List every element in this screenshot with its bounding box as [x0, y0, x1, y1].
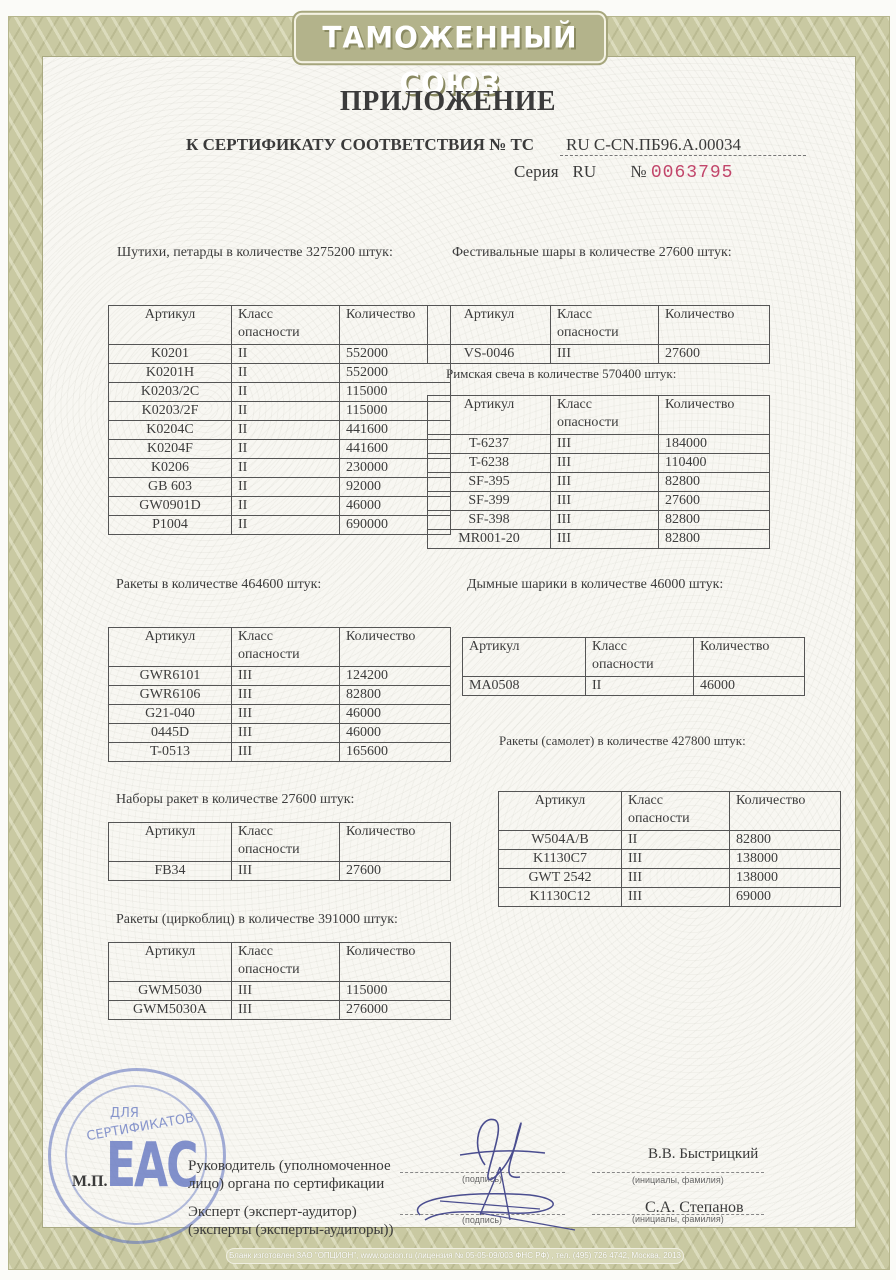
column-header: Артикул [109, 823, 232, 862]
article-cell: GWM5030 [109, 982, 232, 1001]
stamp-place-label: М.П. [72, 1173, 108, 1191]
column-header: Артикул [109, 628, 232, 667]
hazard-class-cell: II [232, 459, 340, 478]
certificate-number: RU C-CN.ПБ96.А.00034 [560, 135, 806, 156]
series-value: RU [573, 162, 597, 181]
column-header: Классопасности [551, 396, 659, 435]
article-cell: K0201 [109, 345, 232, 364]
article-cell: SF-398 [428, 511, 551, 530]
table-row: VS-0046III27600 [428, 345, 770, 364]
expert-role: Эксперт (эксперт-аудитор) (эксперты (экс… [188, 1203, 394, 1239]
hazard-class-cell: III [551, 530, 659, 549]
table-header-row: АртикулКлассопасностиКоличество [109, 943, 451, 982]
table-row: SF-398III82800 [428, 511, 770, 530]
table-row: K1130C12III69000 [499, 888, 841, 907]
article-cell: MA0508 [463, 677, 586, 696]
quantity-cell: 276000 [340, 1001, 451, 1020]
article-cell: GW0901D [109, 497, 232, 516]
hazard-class-cell: III [232, 743, 340, 762]
table-row: FB34III27600 [109, 862, 451, 881]
table-row: G21-040III46000 [109, 705, 451, 724]
table-header-row: АртикулКлассопасностиКоличество [109, 628, 451, 667]
quantity-cell: 46000 [340, 724, 451, 743]
hazard-class-cell: II [232, 364, 340, 383]
serial-number: 0063795 [651, 163, 734, 183]
hazard-class-cell: III [551, 473, 659, 492]
hazard-class-cell: II [232, 478, 340, 497]
article-cell: W504A/B [499, 831, 622, 850]
caption-festival-balls: Фестивальные шары в количестве 27600 шту… [452, 245, 732, 261]
article-cell: GWT 2542 [499, 869, 622, 888]
table-row: K0206II230000 [109, 459, 451, 478]
head-name-line [592, 1172, 764, 1173]
hazard-class-cell: II [586, 677, 694, 696]
table-row: K0201II552000 [109, 345, 451, 364]
table-smoke-balls: АртикулКлассопасностиКоличествоMA0508II4… [462, 637, 805, 696]
caption-roman-candle: Римская свеча в количестве 570400 штук: [446, 366, 676, 382]
quantity-cell: 46000 [694, 677, 805, 696]
signature-icon [400, 1105, 600, 1235]
table-row: SF-399III27600 [428, 492, 770, 511]
article-cell: K0206 [109, 459, 232, 478]
head-role-line2: лицо) органа по сертификации [188, 1175, 391, 1193]
quantity-cell: 46000 [340, 705, 451, 724]
column-header: Классопасности [232, 943, 340, 982]
table-row: 0445DIII46000 [109, 724, 451, 743]
quantity-cell: 184000 [659, 435, 770, 454]
article-cell: G21-040 [109, 705, 232, 724]
table-row: T-6238III110400 [428, 454, 770, 473]
table-row: SF-395III82800 [428, 473, 770, 492]
article-cell: K0204F [109, 440, 232, 459]
series-label: Серия [514, 162, 559, 182]
table-roman-candle: АртикулКлассопасностиКоличествоT-6237III… [427, 395, 770, 549]
article-cell: SF-399 [428, 492, 551, 511]
table-row: T-0513III165600 [109, 743, 451, 762]
column-header: Артикул [109, 943, 232, 982]
column-header: Артикул [428, 396, 551, 435]
column-header: Артикул [428, 306, 551, 345]
caption-smoke-balls: Дымные шарики в количестве 46000 штук: [467, 577, 723, 593]
expert-role-line1: Эксперт (эксперт-аудитор) [188, 1203, 394, 1221]
column-header: Классопасности [622, 792, 730, 831]
table-header-row: АртикулКлассопасностиКоличество [428, 396, 770, 435]
hazard-class-cell: III [551, 511, 659, 530]
hazard-class-cell: III [232, 667, 340, 686]
eac-mark-icon: ЕАС [106, 1130, 196, 1201]
hazard-class-cell: II [232, 383, 340, 402]
hazard-class-cell: III [622, 869, 730, 888]
form-manufacturer-footer: Бланк изготовлен ЗАО "ОПЦИОН", www.opcio… [226, 1248, 684, 1264]
table-header-row: АртикулКлассопасностиКоличество [499, 792, 841, 831]
article-cell: T-6238 [428, 454, 551, 473]
hazard-class-cell: III [622, 888, 730, 907]
column-header: Артикул [463, 638, 586, 677]
table-row: K0204CII441600 [109, 421, 451, 440]
table-header-row: АртикулКлассопасностиКоличество [463, 638, 805, 677]
column-header: Количество [340, 943, 451, 982]
hazard-class-cell: III [232, 724, 340, 743]
table-firecrackers: АртикулКлассопасностиКоличествоK0201II55… [108, 305, 451, 535]
table-row: K0203/2CII115000 [109, 383, 451, 402]
stamp-text-top: ДЛЯ [110, 1106, 139, 1121]
column-header: Классопасности [586, 638, 694, 677]
column-header: Классопасности [232, 628, 340, 667]
head-name: В.В. Быстрицкий [648, 1146, 758, 1163]
hazard-class-cell: III [232, 1001, 340, 1020]
article-cell: GWR6101 [109, 667, 232, 686]
table-row: K0204FII441600 [109, 440, 451, 459]
table-row: GWM5030AIII276000 [109, 1001, 451, 1020]
quantity-cell: 115000 [340, 982, 451, 1001]
page-title: ПРИЛОЖЕНИЕ [0, 86, 896, 118]
quantity-cell: 27600 [340, 862, 451, 881]
table-row: GWR6101III124200 [109, 667, 451, 686]
column-header: Количество [659, 396, 770, 435]
table-row: GWR6106III82800 [109, 686, 451, 705]
head-role: Руководитель (уполномоченное лицо) орган… [188, 1157, 391, 1193]
quantity-cell: 82800 [659, 530, 770, 549]
table-rockets-plane: АртикулКлассопасностиКоличествоW504A/BII… [498, 791, 841, 907]
hazard-class-cell: III [622, 850, 730, 869]
table-row: MA0508II46000 [463, 677, 805, 696]
table-header-row: АртикулКлассопасностиКоличество [109, 306, 451, 345]
column-header: Количество [694, 638, 805, 677]
table-row: K0203/2FII115000 [109, 402, 451, 421]
quantity-cell: 124200 [340, 667, 451, 686]
article-cell: K0204C [109, 421, 232, 440]
article-cell: MR001-20 [428, 530, 551, 549]
hazard-class-cell: II [232, 497, 340, 516]
certificate-label: К СЕРТИФИКАТУ СООТВЕТСТВИЯ № ТС [186, 135, 534, 155]
hazard-class-cell: II [232, 440, 340, 459]
head-role-line1: Руководитель (уполномоченное [188, 1157, 391, 1175]
column-header: Классопасности [232, 823, 340, 862]
article-cell: K0201H [109, 364, 232, 383]
article-cell: K1130C12 [499, 888, 622, 907]
article-cell: GWM5030A [109, 1001, 232, 1020]
column-header: Артикул [109, 306, 232, 345]
quantity-cell: 165600 [340, 743, 451, 762]
table-row: MR001-20III82800 [428, 530, 770, 549]
hazard-class-cell: III [551, 435, 659, 454]
column-header: Артикул [499, 792, 622, 831]
article-cell: 0445D [109, 724, 232, 743]
hazard-class-cell: II [232, 516, 340, 535]
quantity-cell: 82800 [659, 511, 770, 530]
table-rockets: АртикулКлассопасностиКоличествоGWR6101II… [108, 627, 451, 762]
table-row: GWM5030III115000 [109, 982, 451, 1001]
hazard-class-cell: III [551, 345, 659, 364]
series-line: СерияRU № 0063795 [514, 162, 734, 183]
article-cell: T-6237 [428, 435, 551, 454]
table-header-row: АртикулКлассопасностиКоличество [428, 306, 770, 345]
table-row: GWT 2542III138000 [499, 869, 841, 888]
column-header: Количество [340, 628, 451, 667]
quantity-cell: 110400 [659, 454, 770, 473]
article-cell: FB34 [109, 862, 232, 881]
table-rocket-sets: АртикулКлассопасностиКоличествоFB34III27… [108, 822, 451, 881]
article-cell: GWR6106 [109, 686, 232, 705]
article-cell: VS-0046 [428, 345, 551, 364]
expert-role-line2: (эксперты (эксперты-аудиторы)) [188, 1221, 394, 1239]
quantity-cell: 138000 [730, 869, 841, 888]
hazard-class-cell: II [622, 831, 730, 850]
quantity-cell: 82800 [730, 831, 841, 850]
hazard-class-cell: III [232, 862, 340, 881]
caption-firecrackers: Шутихи, петарды в количестве 3275200 шту… [117, 245, 393, 261]
table-row: GW0901DII46000 [109, 497, 451, 516]
number-label: № [630, 162, 646, 181]
hazard-class-cell: III [232, 686, 340, 705]
table-row: W504A/BII82800 [499, 831, 841, 850]
hazard-class-cell: III [232, 982, 340, 1001]
column-header: Количество [659, 306, 770, 345]
caption-rocket-sets: Наборы ракет в количестве 27600 штук: [116, 792, 354, 808]
hazard-class-cell: II [232, 421, 340, 440]
column-header: Классопасности [232, 306, 340, 345]
caption-rockets-plane: Ракеты (самолет) в количестве 427800 шту… [499, 733, 746, 749]
column-header: Классопасности [551, 306, 659, 345]
column-header: Количество [340, 823, 451, 862]
table-rockets-circoblitz: АртикулКлассопасностиКоличествоGWM5030II… [108, 942, 451, 1020]
quantity-cell: 27600 [659, 492, 770, 511]
hazard-class-cell: III [551, 492, 659, 511]
article-cell: K0203/2F [109, 402, 232, 421]
table-row: GB 603II92000 [109, 478, 451, 497]
quantity-cell: 82800 [659, 473, 770, 492]
article-cell: K1130C7 [499, 850, 622, 869]
table-row: P1004II690000 [109, 516, 451, 535]
caption-rockets-circoblitz: Ракеты (циркоблиц) в количестве 391000 ш… [116, 912, 398, 928]
quantity-cell: 138000 [730, 850, 841, 869]
quantity-cell: 27600 [659, 345, 770, 364]
article-cell: GB 603 [109, 478, 232, 497]
table-row: T-6237III184000 [428, 435, 770, 454]
table-row: K0201HII552000 [109, 364, 451, 383]
caption-rockets: Ракеты в количестве 464600 штук: [116, 577, 321, 593]
article-cell: K0203/2C [109, 383, 232, 402]
hazard-class-cell: III [551, 454, 659, 473]
table-header-row: АртикулКлассопасностиКоличество [109, 823, 451, 862]
quantity-cell: 82800 [340, 686, 451, 705]
quantity-cell: 69000 [730, 888, 841, 907]
hazard-class-cell: II [232, 345, 340, 364]
hazard-class-cell: III [232, 705, 340, 724]
expert-name: С.А. Степанов [645, 1199, 744, 1217]
table-festival-balls: АртикулКлассопасностиКоличествоVS-0046II… [427, 305, 770, 364]
customs-union-banner: ТАМОЖЕННЫЙ СОЮЗ [294, 13, 606, 63]
hazard-class-cell: II [232, 402, 340, 421]
article-cell: SF-395 [428, 473, 551, 492]
article-cell: P1004 [109, 516, 232, 535]
column-header: Количество [730, 792, 841, 831]
quantity-cell: 552000 [340, 364, 451, 383]
article-cell: T-0513 [109, 743, 232, 762]
table-row: K1130C7III138000 [499, 850, 841, 869]
head-name-caption: (инициалы, фамилия) [632, 1175, 724, 1185]
